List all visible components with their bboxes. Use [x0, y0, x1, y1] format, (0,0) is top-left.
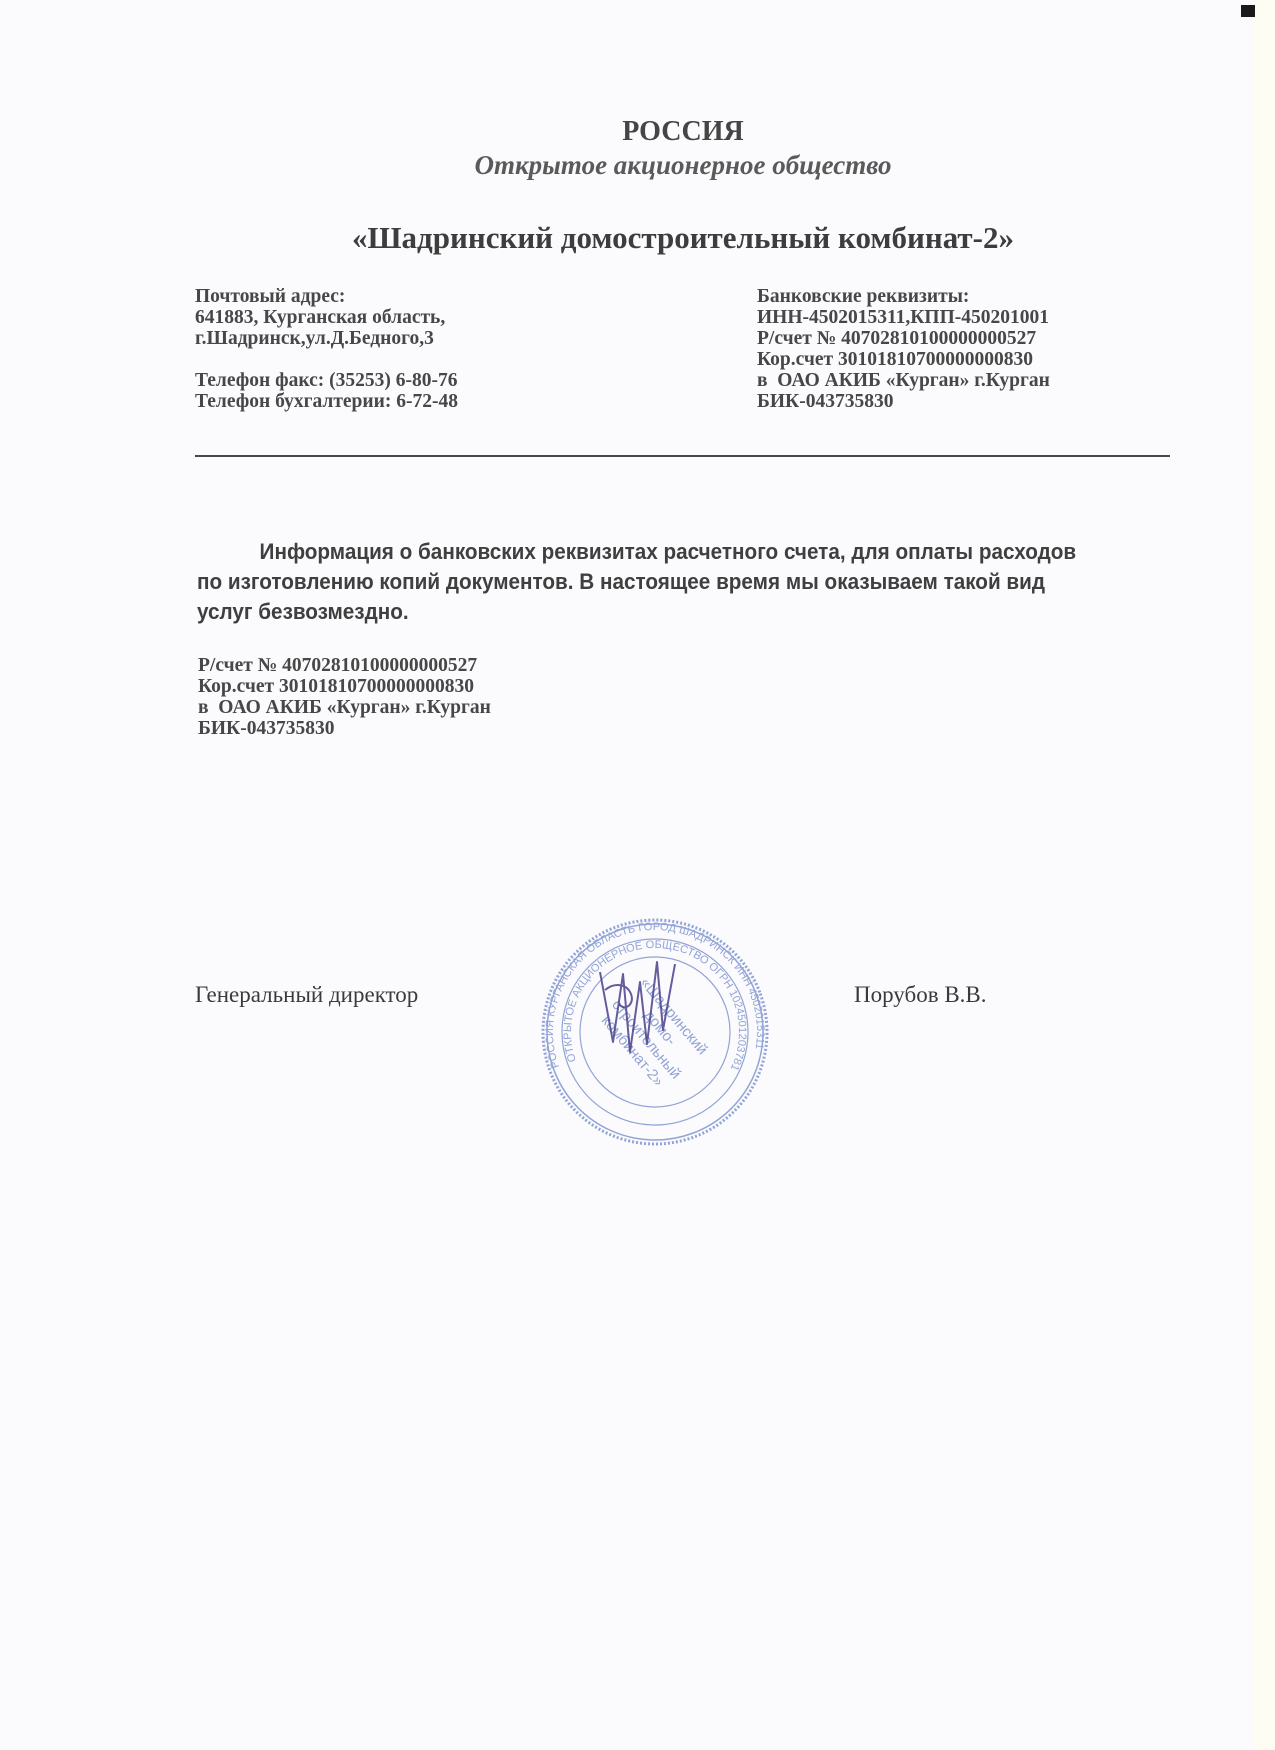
- account-block: Р/счет № 40702810100000000527 Кор.счет 3…: [198, 655, 491, 739]
- bank-account: Р/счет № 40702810100000000527: [757, 328, 1050, 349]
- scan-edge: [1253, 0, 1275, 1750]
- bank-details-block: Банковские реквизиты: ИНН-4502015311,КПП…: [757, 286, 1050, 412]
- bank-name: в ОАО АКИБ «Курган» г.Курган: [757, 370, 1050, 391]
- bank-title: Банковские реквизиты:: [757, 286, 1050, 307]
- postal-address-block: Почтовый адрес: 641883, Курганская облас…: [195, 286, 458, 412]
- phone-fax: Телефон факс: (35253) 6-80-76: [195, 370, 458, 391]
- company-stamp-icon: РОССИЯ КУРГАНСКАЯ ОБЛАСТЬ ГОРОД ШАДРИНСК…: [535, 912, 775, 1152]
- header-country: РОССИЯ: [0, 116, 1275, 148]
- header-company-type: Открытое акционерное общество: [0, 150, 1275, 181]
- signatory-role: Генеральный директор: [195, 982, 418, 1008]
- signatory-name: Порубов В.В.: [854, 982, 987, 1008]
- header-company-name: «Шадринский домостроительный комбинат-2»: [0, 220, 1275, 256]
- phone-accounting: Телефон бухгалтерии: 6-72-48: [195, 391, 458, 412]
- scan-artifact: [1241, 5, 1255, 17]
- postal-line1: 641883, Курганская область,: [195, 307, 458, 328]
- bank-corr-account: Кор.счет 30101810700000000830: [757, 349, 1050, 370]
- body-paragraph: Информация о банковских реквизитах расче…: [197, 537, 1099, 627]
- account-number: Р/счет № 40702810100000000527: [198, 655, 491, 676]
- account-bank: в ОАО АКИБ «Курган» г.Курган: [198, 697, 491, 718]
- postal-title: Почтовый адрес:: [195, 286, 458, 307]
- account-corr: Кор.счет 30101810700000000830: [198, 676, 491, 697]
- postal-line2: г.Шадринск,ул.Д.Бедного,3: [195, 328, 458, 349]
- bank-bik: БИК-043735830: [757, 391, 1050, 412]
- account-bik: БИК-043735830: [198, 718, 491, 739]
- bank-inn-kpp: ИНН-4502015311,КПП-450201001: [757, 307, 1050, 328]
- header-divider: [195, 455, 1170, 457]
- body-paragraph-text: Информация о банковских реквизитах расче…: [197, 539, 1076, 624]
